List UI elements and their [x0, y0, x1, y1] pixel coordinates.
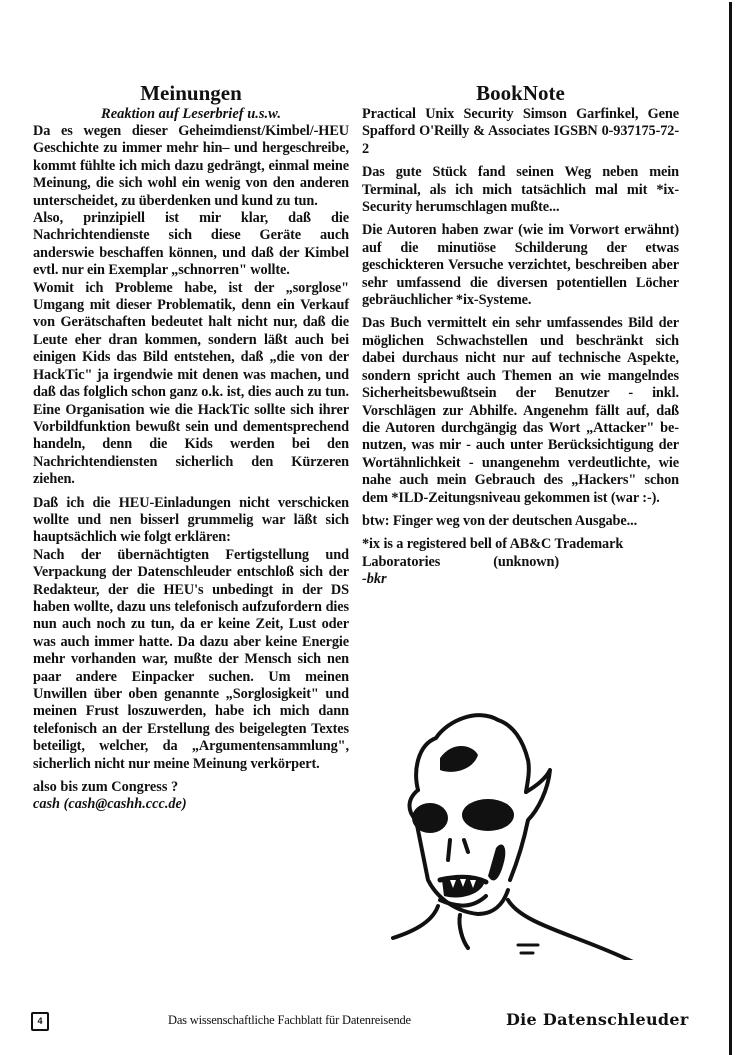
footnote: *ix is a registered bell of AB&C Tradema…: [362, 536, 679, 553]
publication-title: Die Datenschleuder: [506, 1010, 689, 1029]
section-subtitle: Reaktion auf Leserbrief u.s.w.: [33, 106, 349, 123]
paragraph: Das Buch vermittelt ein sehr umfassendes…: [362, 315, 679, 506]
meinungen-column: Meinungen Reaktion auf Leserbrief u.s.w.…: [33, 80, 349, 814]
section-title-booknote: BookNote: [362, 80, 679, 106]
footer-tagline: Das wissenschaftliche Fachblatt für Date…: [168, 1013, 411, 1028]
book-reference: Practical Unix Security Simson Garfinkel…: [362, 106, 679, 158]
paragraph: Das gute Stück fand seinen Weg neben mei…: [362, 164, 679, 216]
author-signature: -bkr: [362, 571, 679, 588]
closing-line: also bis zum Congress ?: [33, 779, 349, 796]
page-footer: 4 Das wissenschaftliche Fachblatt für Da…: [0, 1010, 739, 1034]
paragraph: Die Autoren haben zwar (wie im Vor­wort …: [362, 222, 679, 309]
page-edge-line: [729, 2, 732, 1055]
footnote-laboratories: Laboratories: [362, 554, 440, 570]
author-signature: cash (cash@cashh.ccc.de): [33, 796, 349, 813]
paragraph: Daß ich die HEU-Einladungen nicht ver­sc…: [33, 495, 349, 547]
paragraph: btw: Finger weg von der deutschen Aus­ga…: [362, 513, 679, 530]
footnote-line-2: Laboratories (unknown): [362, 554, 679, 571]
paragraph: Nach der übernächtigten Fertigstellung u…: [33, 547, 349, 773]
paragraph: Da es wegen dieser Geheimdienst/Kimbel/-…: [33, 123, 349, 210]
paragraph: Womit ich Probleme habe, ist der „sorglo…: [33, 280, 349, 489]
paragraph: Also, prinzipiell ist mir klar, daß die …: [33, 210, 349, 280]
page-number: 4: [31, 1012, 49, 1031]
footnote-unknown: (unknown): [493, 554, 559, 570]
alien-head-icon: [378, 700, 678, 960]
section-title-meinungen: Meinungen: [33, 80, 349, 106]
booknote-column: BookNote Practical Unix Security Simson …: [362, 80, 679, 589]
alien-head-illustration: [378, 700, 678, 960]
